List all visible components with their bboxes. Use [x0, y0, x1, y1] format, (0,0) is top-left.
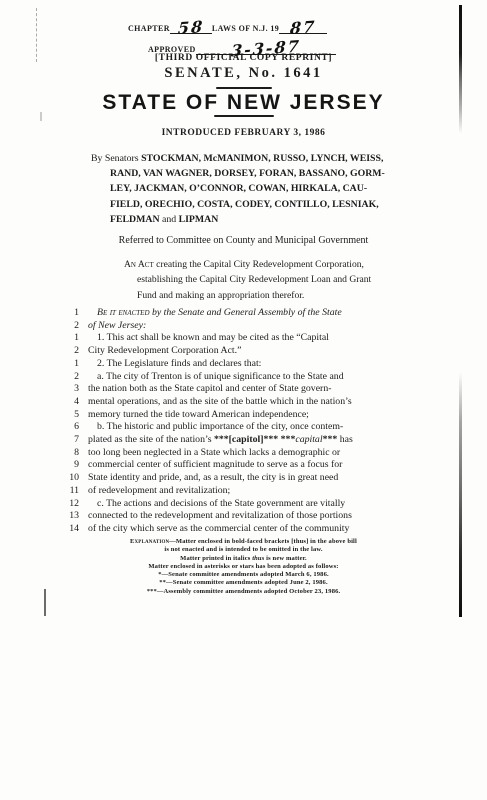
line-number: 5: [64, 409, 88, 422]
line-text: City Redevelopment Corporation Act.”: [88, 345, 241, 358]
sponsors-line: RAND, VAN WAGNER, DORSEY, FORAN, BASSANO…: [110, 166, 385, 181]
explanation-line: Explanation—Matter enclosed in bold-face…: [0, 538, 487, 546]
body-line: 12c. The actions and decisions of the St…: [64, 498, 426, 511]
synopsis-line: An Act creating the Capital City Redevel…: [124, 257, 371, 272]
line-number: 2: [64, 345, 88, 358]
sponsors-block: By Senators STOCKMAN, McMANIMON, RUSSO, …: [91, 151, 385, 227]
line-text: of redevelopment and revitalization;: [88, 485, 230, 498]
line-number: 2: [64, 371, 88, 384]
chapter-label: CHAPTER: [128, 24, 170, 34]
line-text: of New Jersey:: [88, 320, 146, 333]
line-number: 1: [64, 332, 88, 345]
explanation-line: is not enacted and is intended to be omi…: [0, 546, 487, 554]
sponsors-line: FIELD, ORECHIO, COSTA, CODEY, CONTILLO, …: [110, 197, 385, 212]
body-line: 5memory turned the tide toward American …: [64, 409, 426, 422]
laws-year-handwritten: 87: [290, 20, 317, 36]
line-text: 2. The Legislature finds and declares th…: [88, 358, 261, 371]
chapter-number-line: 58: [170, 19, 212, 34]
rule-under-bill-number: [216, 87, 272, 89]
bill-body: 1Be it enacted by the Senate and General…: [64, 307, 426, 536]
line-number: 10: [64, 472, 88, 485]
line-text: of the city which serve as the commercia…: [88, 523, 349, 536]
line-text: too long been neglected in a State which…: [88, 447, 340, 460]
sponsors-line: By Senators STOCKMAN, McMANIMON, RUSSO, …: [91, 151, 385, 166]
line-number: 11: [64, 485, 88, 498]
line-text: b. The historic and public importance of…: [88, 421, 343, 434]
line-number: 7: [64, 434, 88, 447]
laws-year-line: 87: [279, 19, 327, 34]
body-line: 4mental operations, and as the site of t…: [64, 396, 426, 409]
line-text: memory turned the tide toward American i…: [88, 409, 309, 422]
sponsors-line: LEY, JACKMAN, O’CONNOR, COWAN, HIRKALA, …: [110, 181, 385, 196]
chapter-number-handwritten: 58: [177, 20, 204, 36]
chapter-stamp: CHAPTER 58 LAWS OF N.J. 19 87 APPROVED 3…: [128, 14, 336, 55]
line-text: the nation both as the State capitol and…: [88, 383, 331, 396]
line-text: mental operations, and as the site of th…: [88, 396, 352, 409]
line-text: State identity and pride, and, as a resu…: [88, 472, 338, 485]
body-line: 3the nation both as the State capitol an…: [64, 383, 426, 396]
line-number: 1: [64, 358, 88, 371]
line-text: 1. This act shall be known and may be ci…: [88, 332, 329, 345]
line-text: a. The city of Trenton is of unique sign…: [88, 371, 344, 384]
bill-page: CHAPTER 58 LAWS OF N.J. 19 87 APPROVED 3…: [0, 0, 487, 800]
bill-number: SENATE, No. 1641: [0, 65, 487, 82]
committee-referral: Referred to Committee on County and Muni…: [0, 235, 487, 246]
body-line: 1Be it enacted by the Senate and General…: [64, 307, 426, 320]
body-line: 8too long been neglected in a State whic…: [64, 447, 426, 460]
body-line: 2City Redevelopment Corporation Act.”: [64, 345, 426, 358]
body-line: 11of redevelopment and revitalization;: [64, 485, 426, 498]
body-line: 9commercial center of sufficient magnitu…: [64, 459, 426, 472]
line-text: plated as the site of the nation’s ***[c…: [88, 434, 353, 447]
synopsis-line: establishing the Capital City Redevelopm…: [137, 272, 371, 287]
state-title: STATE OF NEW JERSEY: [0, 91, 487, 115]
act-synopsis: An Act creating the Capital City Redevel…: [124, 257, 371, 303]
body-line: 12. The Legislature finds and declares t…: [64, 358, 426, 371]
line-text: connected to the redevelopment and revit…: [88, 510, 352, 523]
explanation-line: **—Senate committee amendments adopted J…: [0, 579, 487, 587]
line-number: 4: [64, 396, 88, 409]
chapter-stamp-row: CHAPTER 58 LAWS OF N.J. 19 87: [128, 14, 336, 34]
rule-under-state-title: [214, 115, 274, 117]
synopsis-line: Fund and making an appropriation therefo…: [137, 288, 371, 303]
line-number: 6: [64, 421, 88, 434]
body-line: 14of the city which serve as the commerc…: [64, 523, 426, 536]
body-line: 10State identity and pride, and, as a re…: [64, 472, 426, 485]
reprint-notice: [THIRD OFFICIAL COPY REPRINT]: [0, 53, 487, 63]
explanation-line: ***—Assembly committee amendments adopte…: [0, 588, 487, 596]
laws-label: LAWS OF N.J. 19: [212, 24, 279, 34]
line-number: 1: [64, 307, 88, 320]
line-number: 8: [64, 447, 88, 460]
body-line: 11. This act shall be known and may be c…: [64, 332, 426, 345]
line-number: 14: [64, 523, 88, 536]
line-number: 12: [64, 498, 88, 511]
line-text: c. The actions and decisions of the Stat…: [88, 498, 345, 511]
introduced-date: INTRODUCED FEBRUARY 3, 1986: [0, 128, 487, 138]
line-text: Be it enacted by the Senate and General …: [88, 307, 342, 320]
body-line: 13connected to the redevelopment and rev…: [64, 510, 426, 523]
line-number: 9: [64, 459, 88, 472]
approved-stamp-row: APPROVED 3-3-87: [148, 35, 336, 55]
line-number: 13: [64, 510, 88, 523]
body-line: 6b. The historic and public importance o…: [64, 421, 426, 434]
line-text: commercial center of sufficient magnitud…: [88, 459, 342, 472]
explanation-line: Matter printed in italics thus is new ma…: [0, 555, 487, 563]
body-line: 7plated as the site of the nation’s ***[…: [64, 434, 426, 447]
explanation-footer: Explanation—Matter enclosed in bold-face…: [0, 538, 487, 596]
explanation-line: *—Senate committee amendments adopted Ma…: [0, 571, 487, 579]
explanation-line: Matter enclosed in asterisks or stars ha…: [0, 563, 487, 571]
line-number: 3: [64, 383, 88, 396]
sponsors-line: FELDMAN and LIPMAN: [110, 212, 385, 227]
line-number: 2: [64, 320, 88, 333]
body-line: 2of New Jersey:: [64, 320, 426, 333]
body-line: 2a. The city of Trenton is of unique sig…: [64, 371, 426, 384]
